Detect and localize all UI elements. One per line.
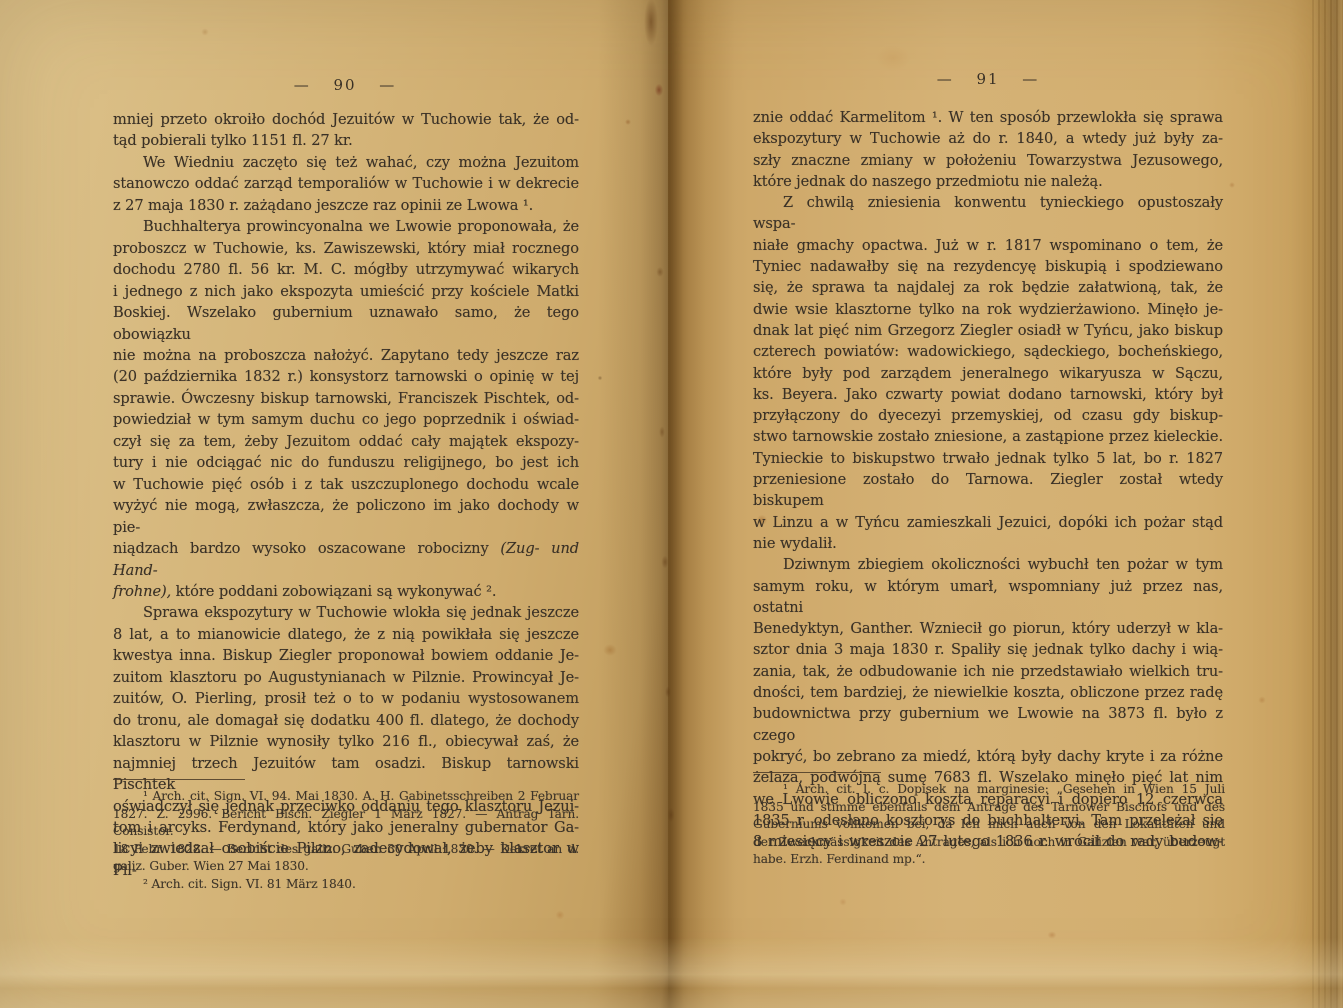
text-segment: Sprawa ekspozytury w Tuchowie wlokła się… (143, 604, 579, 621)
text-segment: der Zweckmässigkeit des Antrages, als ic… (753, 835, 1225, 849)
text-line: Dziwnym zbiegiem okoliczności wybuchł te… (753, 554, 1223, 575)
text-line: We Wiedniu zaczęto się też wahać, czy mo… (113, 152, 579, 173)
text-line: w Tuchowie pięć osób i z tak uszczuplone… (113, 474, 579, 495)
text-line: ks. Beyera. Jako czwarty powiat dodano t… (753, 384, 1223, 405)
text-line: stanowczo oddać zarząd temporaliów w Tuc… (113, 173, 579, 194)
text-segment: pokryć, bo zebrano za miedź, którą były … (753, 748, 1223, 765)
text-segment: czył się za tem, żeby Jezuitom oddać cał… (113, 433, 579, 450)
text-line: do tronu, ale domagał się dodatku 400 fl… (113, 710, 579, 731)
text-line: zania, tak, że odbudowanie ich nie przed… (753, 661, 1223, 682)
text-segment: i jednego z nich jako ekspozyta umieścić… (113, 283, 579, 300)
text-line: galiz. Guber. Wien 27 Mai 1830. (113, 858, 579, 876)
text-line: stwo tarnowskie zostało zniesione, a zas… (753, 426, 1223, 447)
text-line: ¹ Arch. cit. Sign. VI. 94. Mai 1830. A. … (113, 788, 579, 806)
text-line: tury i nie odciągać nic do funduszu reli… (113, 452, 579, 473)
text-segment: nie można na proboszcza nałożyć. Zapytan… (113, 347, 579, 364)
text-segment: przeniesione zostało do Tarnowa. Ziegler… (753, 471, 1223, 509)
text-line: Sprawa ekspozytury w Tuchowie wlokła się… (113, 602, 579, 623)
page-90-footnotes: ¹ Arch. cit. Sign. VI. 94. Mai 1830. A. … (113, 788, 579, 894)
text-segment: stanowczo oddać zarząd temporaliów w Tuc… (113, 175, 579, 192)
text-line: dochodu 2780 fl. 56 kr. M. C. mógłby utr… (113, 259, 579, 280)
text-line: i jednego z nich jako ekspozyta umieścić… (113, 281, 579, 302)
text-segment: dności, tem bardziej, że niewielkie kosz… (753, 684, 1223, 701)
text-segment: które były pod zarządem jeneralnego wika… (753, 365, 1223, 382)
text-segment: ¹ Arch. cit. l. c. Dopisek na marginesie… (783, 782, 1225, 796)
text-segment: Benedyktyn, Ganther. Wzniecił go piorun,… (753, 620, 1223, 637)
text-segment: które poddani zobowiązani są wykonywać ²… (171, 583, 496, 600)
text-line: się, że sprawa ta najdalej za rok będzie… (753, 277, 1223, 298)
text-segment: w Tuchowie pięć osób i z tak uszczuplone… (113, 476, 579, 493)
text-segment: (20 października 1832 r.) konsystorz tar… (113, 368, 579, 385)
text-line: które jednak do naszego przedmiotu nie n… (753, 171, 1223, 192)
footnote-rule-right (753, 772, 881, 773)
text-line: kwestya inna. Biskup Ziegler proponował … (113, 645, 579, 666)
text-line: Benedyktyn, Ganther. Wzniecił go piorun,… (753, 618, 1223, 639)
text-line: zuitów, O. Pierling, prosił też o to w p… (113, 688, 579, 709)
text-segment: tąd pobierali tylko 1151 fl. 27 kr. (113, 132, 353, 149)
text-segment: z 27 maja 1830 r. zażądano jeszcze raz o… (113, 197, 533, 214)
text-line: niądzach bardzo wysoko oszacowane roboci… (113, 538, 579, 581)
text-segment: niądzach bardzo wysoko oszacowane roboci… (113, 540, 500, 557)
text-line: (20 października 1832 r.) konsystorz tar… (113, 366, 579, 387)
text-segment: Boskiej. Wszelako gubernium uznawało sam… (113, 304, 579, 342)
text-line: klasztoru w Pilznie wynosiły tylko 216 f… (113, 731, 579, 752)
text-line: proboszcz w Tuchowie, ks. Zawiszewski, k… (113, 238, 579, 259)
text-line: 1835 und stimme ebenfalls dem Antrage de… (753, 799, 1225, 817)
text-line: ¹ Arch. cit. l. c. Dopisek na marginesie… (753, 781, 1225, 799)
footnote-rule-left (113, 779, 245, 780)
text-line: 8 lat, a to mianowicie dlatego, że z nią… (113, 624, 579, 645)
text-line: 1827. Z. 2996. Bericht Bisch. Ziegler 1 … (113, 806, 579, 841)
text-line: dwie wsie klasztorne tylko na rok wydzie… (753, 299, 1223, 320)
text-segment: ¹ Arch. cit. Sign. VI. 94. Mai 1830. A. … (143, 789, 579, 803)
text-segment: Guberniums vollkomen bei, da Ich mich au… (753, 817, 1225, 831)
text-segment: zuitów, O. Pierling, prosił też o to w p… (113, 690, 579, 707)
text-segment: Dziwnym zbiegiem okoliczności wybuchł te… (783, 556, 1223, 573)
text-segment: sztor dnia 3 maja 1830 r. Spaliły się je… (753, 641, 1223, 658)
text-segment: budownictwa przy gubernium we Lwowie na … (753, 705, 1223, 743)
text-segment: Z chwilą zniesienia konwentu tynieckiego… (753, 194, 1223, 232)
text-segment: w Linzu a w Tyńcu zamieszkali Jezuici, d… (753, 514, 1223, 531)
page-number-right: — 91 — (753, 70, 1223, 88)
text-line: ² Arch. cit. Sign. VI. 81 März 1840. (113, 876, 579, 894)
text-line: dnak lat pięć nim Grzegorz Ziegler osiad… (753, 320, 1223, 341)
text-segment: Tynieckie to biskupstwo trwało jednak ty… (753, 450, 1223, 467)
text-line: samym roku, w którym umarł, wspomniany j… (753, 576, 1223, 619)
text-segment: czterech powiatów: wadowickiego, sądecki… (753, 343, 1223, 360)
text-segment: tury i nie odciągać nic do funduszu reli… (113, 454, 579, 471)
text-segment: do tronu, ale domagał się dodatku 400 fl… (113, 712, 579, 729)
text-line: niałe gmachy opactwa. Już w r. 1817 wspo… (753, 235, 1223, 256)
text-line: dności, tem bardziej, że niewielkie kosz… (753, 682, 1223, 703)
text-segment: dwie wsie klasztorne tylko na rok wydzie… (753, 301, 1223, 318)
text-line: pokryć, bo zebrano za miedź, którą były … (753, 746, 1223, 767)
text-segment: które jednak do naszego przedmiotu nie n… (753, 173, 1103, 190)
text-line: Tynieckie to biskupstwo trwało jednak ty… (753, 448, 1223, 469)
text-segment: 1835 und stimme ebenfalls dem Antrage de… (753, 800, 1225, 814)
text-segment: szły znaczne zmiany w położeniu Towarzys… (753, 152, 1223, 169)
text-line: sztor dnia 3 maja 1830 r. Spaliły się je… (753, 639, 1223, 660)
text-line: nie wydalił. (753, 533, 1223, 554)
text-line: Guberniums vollkomen bei, da Ich mich au… (753, 816, 1225, 834)
text-segment: znie oddać Karmelitom ¹. W ten sposób pr… (753, 109, 1223, 126)
text-line: Boskiej. Wszelako gubernium uznawało sam… (113, 302, 579, 345)
text-segment: nie wydalił. (753, 535, 837, 552)
text-line: budownictwa przy gubernium we Lwowie na … (753, 703, 1223, 746)
text-segment: galiz. Guber. Wien 27 Mai 1830. (113, 859, 309, 873)
text-segment: przyłączony do dyecezyi przemyskiej, od … (753, 407, 1223, 424)
text-segment: Tyniec nadawałby się na rezydencyę bisku… (753, 258, 1223, 275)
text-segment: powiedział w tym samym duchu co jego pop… (113, 411, 579, 428)
text-segment: zania, tak, że odbudowanie ich nie przed… (753, 663, 1223, 680)
text-segment: 1827. Z. 2996. Bericht Bisch. Ziegler 1 … (113, 807, 579, 839)
text-line: Buchhalterya prowincyonalna we Lwowie pr… (113, 216, 579, 237)
text-line: które były pod zarządem jeneralnego wika… (753, 363, 1223, 384)
text-segment: ks. Beyera. Jako czwarty powiat dodano t… (753, 386, 1223, 403)
text-segment: mniej przeto okroiło dochód Jezuitów w T… (113, 111, 579, 128)
text-segment: niałe gmachy opactwa. Już w r. 1817 wspo… (753, 237, 1223, 254)
text-line: czył się za tem, żeby Jezuitom oddać cał… (113, 431, 579, 452)
text-segment: sprawie. Ówczesny biskup tarnowski, Fran… (113, 390, 579, 407)
text-line: w Linzu a w Tyńcu zamieszkali Jezuici, d… (753, 512, 1223, 533)
text-segment: się, że sprawa ta najdalej za rok będzie… (753, 279, 1223, 296)
text-line: mniej przeto okroiło dochód Jezuitów w T… (113, 109, 579, 130)
text-line: zuitom klasztoru po Augustynianach w Pil… (113, 667, 579, 688)
page-90-body-text: mniej przeto okroiło dochód Jezuitów w T… (113, 109, 579, 881)
text-line: wyżyć nie mogą, zwłaszcza, że policzono … (113, 495, 579, 538)
text-segment: klasztoru w Pilznie wynosiły tylko 216 f… (113, 733, 579, 750)
page-91-body-text: znie oddać Karmelitom ¹. W ten sposób pr… (753, 107, 1223, 852)
text-segment: 8 lat, a to mianowicie dlatego, że z nią… (113, 626, 579, 643)
text-line: Tyniec nadawałby się na rezydencyę bisku… (753, 256, 1223, 277)
text-segment: samym roku, w którym umarł, wspomniany j… (753, 578, 1223, 616)
text-line: znie oddać Karmelitom ¹. W ten sposób pr… (753, 107, 1223, 128)
text-segment: stwo tarnowskie zostało zniesione, a zas… (753, 428, 1223, 445)
text-segment: habe. Erzh. Ferdinand mp.“. (753, 852, 925, 866)
text-line: czterech powiatów: wadowickiego, sądecki… (753, 341, 1223, 362)
text-line: Z chwilą zniesienia konwentu tynieckiego… (753, 192, 1223, 235)
text-line: ekspozytury w Tuchowie aż do r. 1840, a … (753, 128, 1223, 149)
book-scan: — 90 — — 91 — mniej przeto okroiło dochó… (0, 0, 1343, 1008)
text-line: przeniesione zostało do Tarnowa. Ziegler… (753, 469, 1223, 512)
text-segment: Buchhalterya prowincyonalna we Lwowie pr… (143, 218, 579, 235)
text-line: szły znaczne zmiany w położeniu Towarzys… (753, 150, 1223, 171)
text-line: sprawie. Ówczesny biskup tarnowski, Fran… (113, 388, 579, 409)
text-line: z 27 maja 1830 r. zażądano jeszcze raz o… (113, 195, 579, 216)
italic-text: frohne), (113, 583, 171, 600)
text-segment: kwestya inna. Biskup Ziegler proponował … (113, 647, 579, 664)
text-segment: wyżyć nie mogą, zwłaszcza, że policzono … (113, 497, 579, 535)
text-segment: We Wiedniu zaczęto się też wahać, czy mo… (143, 154, 579, 171)
text-line: frohne), które poddani zobowiązani są wy… (113, 581, 579, 602)
text-segment: dochodu 2780 fl. 56 kr. M. C. mógłby utr… (113, 261, 579, 278)
text-line: nie można na proboszcza nałożyć. Zapytan… (113, 345, 579, 366)
text-line: der Zweckmässigkeit des Antrages, als ic… (753, 834, 1225, 852)
text-segment: zuitom klasztoru po Augustynianach w Pil… (113, 669, 579, 686)
text-line: habe. Erzh. Ferdinand mp.“. (753, 851, 1225, 869)
text-segment: proboszcz w Tuchowie, ks. Zawiszewski, k… (113, 240, 579, 257)
page-number-left: — 90 — (113, 76, 577, 94)
text-line: 18 Febr. 1828. — Bericht des galiz. Gube… (113, 841, 579, 859)
text-line: powiedział w tym samym duchu co jego pop… (113, 409, 579, 430)
text-segment: ekspozytury w Tuchowie aż do r. 1840, a … (753, 130, 1223, 147)
page-91-footnotes: ¹ Arch. cit. l. c. Dopisek na marginesie… (753, 781, 1225, 869)
text-line: tąd pobierali tylko 1151 fl. 27 kr. (113, 130, 579, 151)
text-segment: 18 Febr. 1828. — Bericht des galiz. Gube… (113, 842, 579, 856)
text-segment: dnak lat pięć nim Grzegorz Ziegler osiad… (753, 322, 1223, 339)
text-line: przyłączony do dyecezyi przemyskiej, od … (753, 405, 1223, 426)
text-segment: ² Arch. cit. Sign. VI. 81 März 1840. (143, 877, 356, 891)
